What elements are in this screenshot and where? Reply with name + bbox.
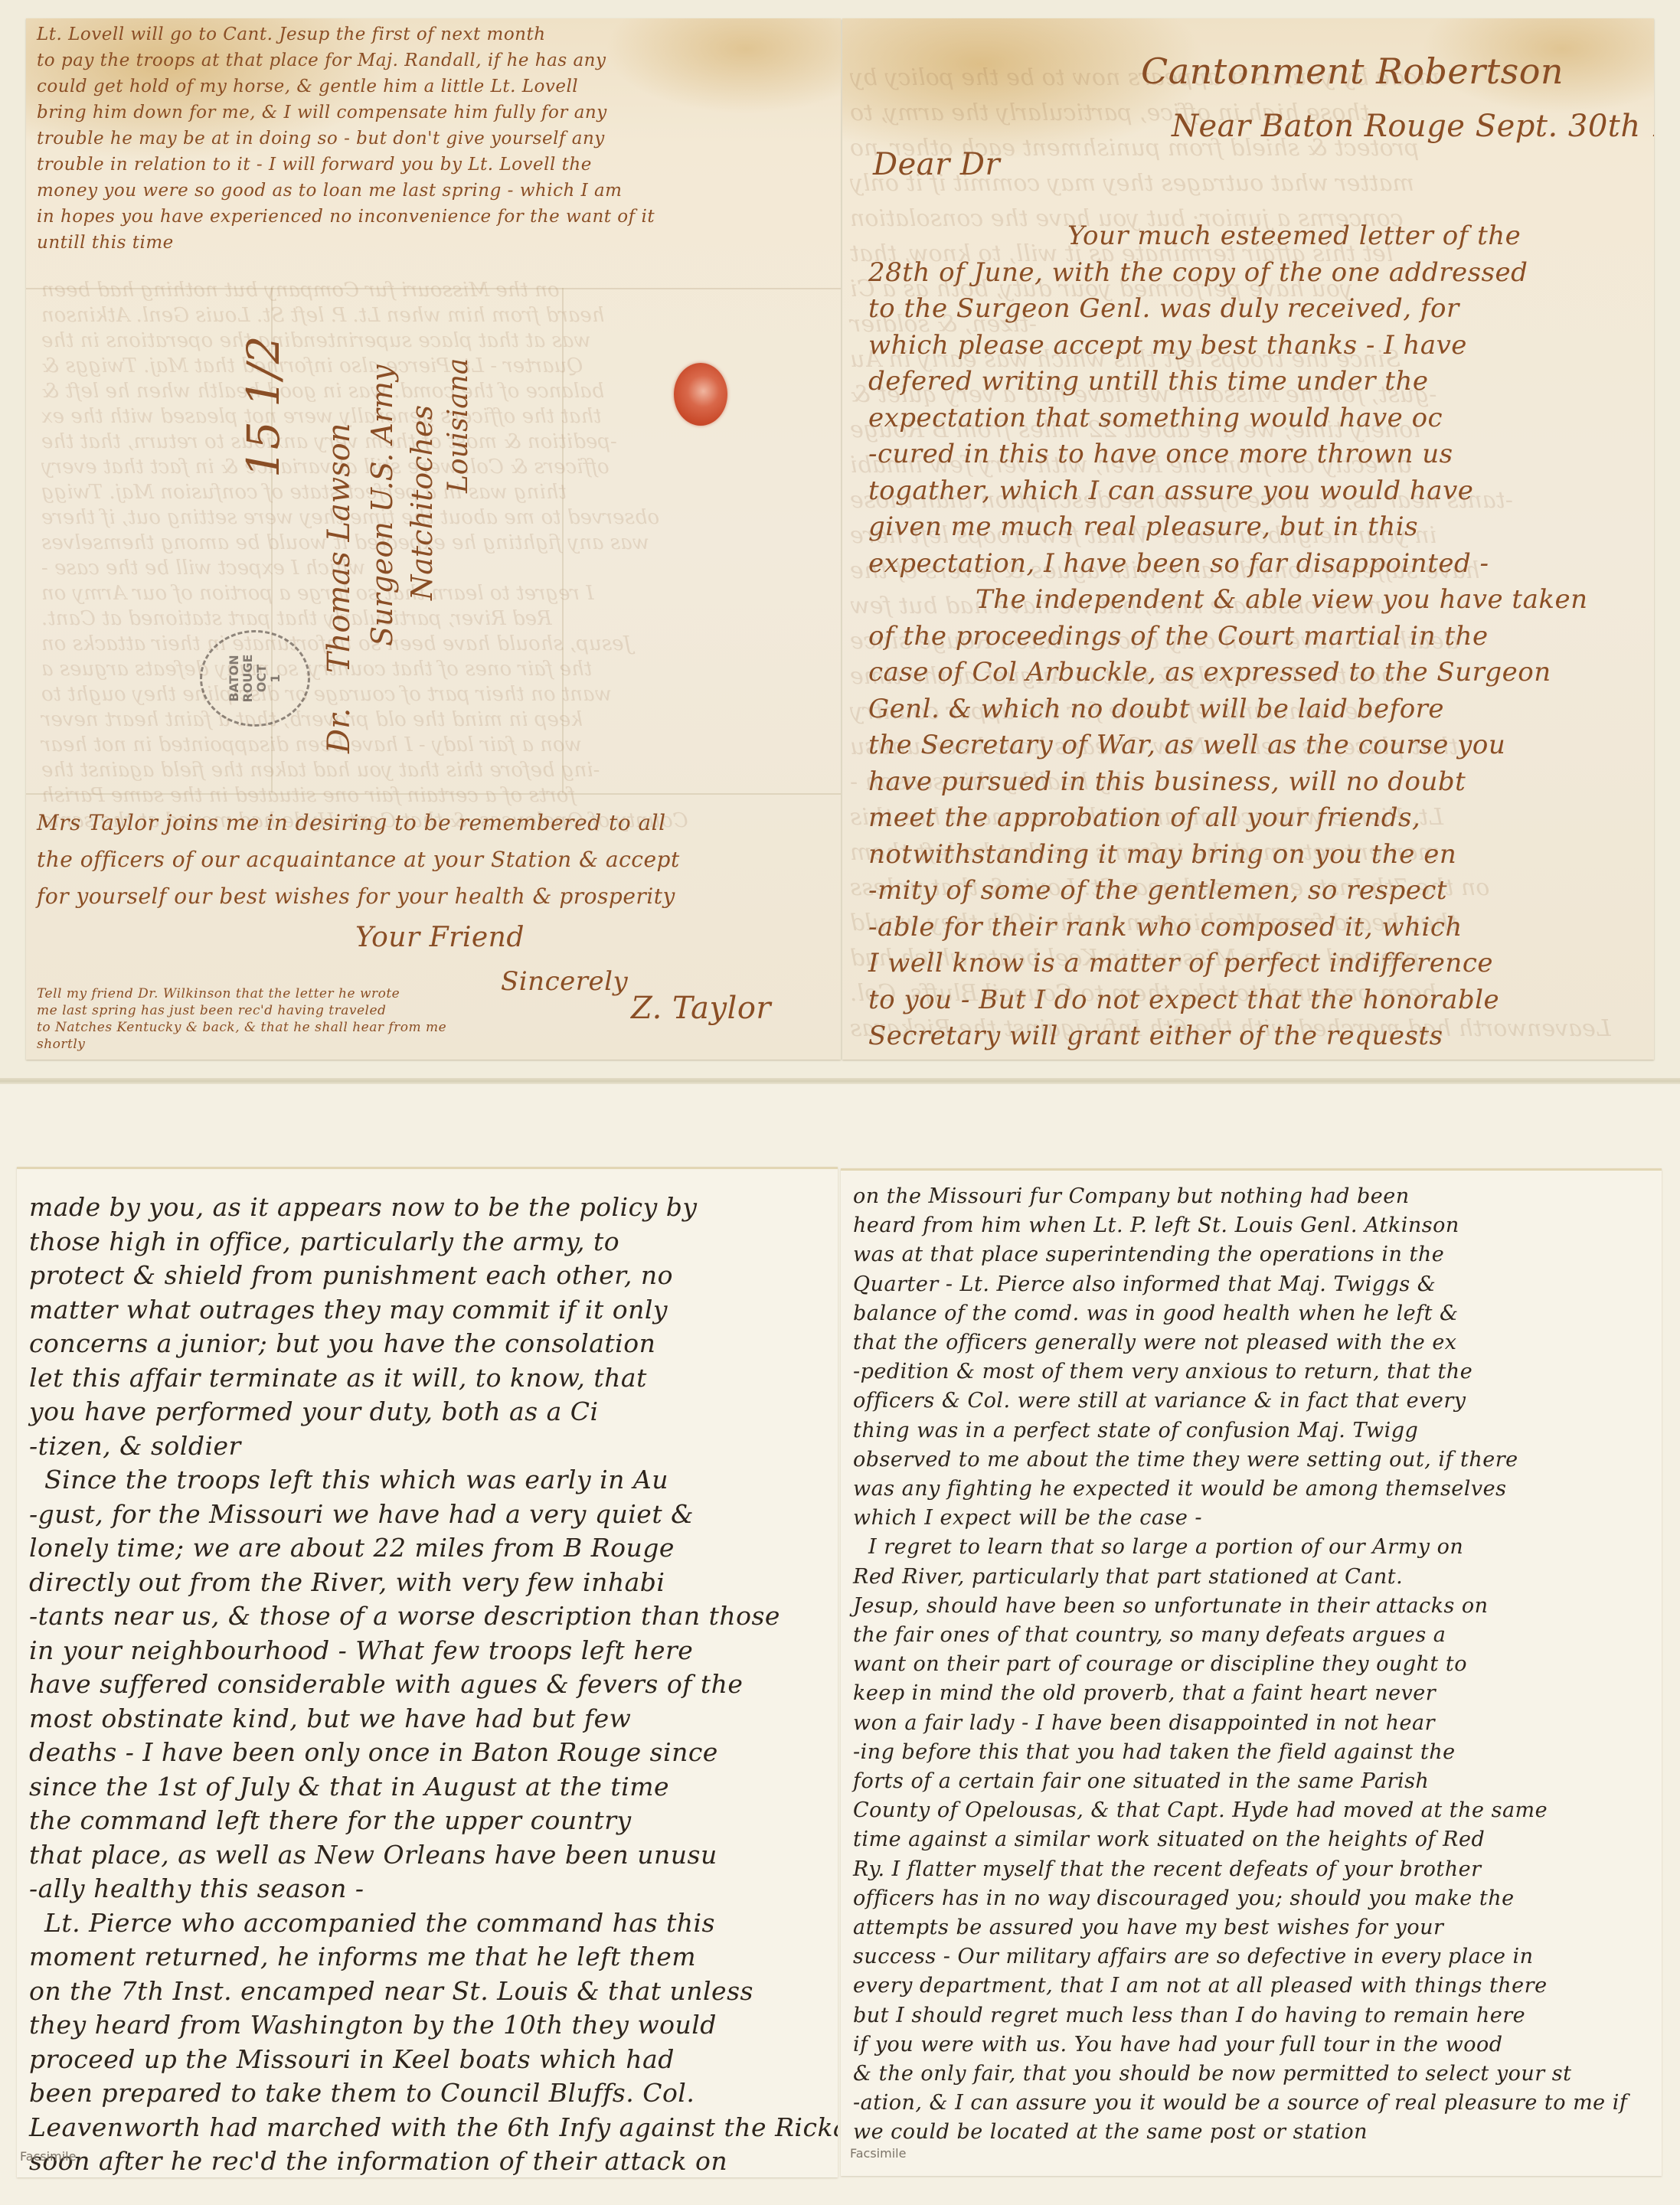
text-line: we could be located at the same post or … — [853, 2120, 1368, 2144]
text-line: expectation, I have been so far disappoi… — [868, 548, 1489, 579]
text-line: officers has in no way discouraged you; … — [853, 1886, 1515, 1910]
facsimile-label: Facsimile — [20, 2149, 76, 2164]
postmark-text: 1 — [269, 655, 283, 703]
facsimile-page-right: on the Missouri fur Company but nothing … — [841, 1168, 1662, 2176]
text-line: -ing before this that you had taken the … — [853, 1740, 1456, 1764]
text-line: -able for their rank who composed it, wh… — [868, 912, 1463, 942]
text-line: most obstinate kind, but we have had but… — [29, 1704, 631, 1733]
upper-mat: on the Missouri fur Company but nothing … — [0, 0, 1680, 1080]
text-line: those high in office, particularly the a… — [29, 1227, 619, 1256]
facsimile-page-left: made by you, as it appears now to be the… — [17, 1167, 838, 2177]
text-line: defered writing untill this time under t… — [868, 366, 1428, 397]
text-line: trouble in relation to it - I will forwa… — [37, 155, 592, 175]
text-line: that the officers generally were not ple… — [853, 1331, 1457, 1354]
text-line: on the Missouri fur Company but nothing … — [853, 1184, 1410, 1208]
text-line: have suffered considerable with agues & … — [29, 1669, 743, 1699]
original-page-right: made by you, as it appears now to be the… — [842, 18, 1654, 1060]
text-line: deaths - I have been only once in Baton … — [29, 1737, 718, 1767]
text-line: the command left there for the upper cou… — [29, 1805, 632, 1835]
text-line: protect & shield from punishment each ot… — [29, 1260, 673, 1290]
bleed-through-line: keep in mind the old proverb, that a fai… — [41, 708, 583, 731]
address-line: Surgeon U.S. Army — [361, 358, 403, 753]
bleed-through-line: Quarter - Lt. Pierce also informed that … — [41, 354, 583, 377]
postmark-text: BATON — [227, 655, 241, 703]
text-line: won a fair lady - I have been disappoint… — [853, 1711, 1435, 1735]
text-line: togather, which I can assure you would h… — [868, 475, 1473, 506]
text-line: meet the approbation of all your friends… — [868, 802, 1420, 833]
bleed-through-line: on the Missouri fur Company but nothing … — [41, 279, 560, 302]
text-line: -pedition & most of them very anxious to… — [853, 1360, 1472, 1383]
text-line: money you were so good as to loan me las… — [37, 181, 623, 201]
bleed-through-line: heard from him when Lt. P. left St. Loui… — [41, 304, 604, 327]
text-line: Quarter - Lt. Pierce also informed that … — [853, 1272, 1436, 1296]
text-line: -tants near us, & those of a worse descr… — [29, 1601, 780, 1631]
sincerely: Sincerely — [501, 966, 628, 997]
text-line: shortly — [37, 1037, 85, 1052]
text-line: matter what outrages they may commit if … — [29, 1295, 668, 1325]
facsimile-label: Facsimile — [850, 2146, 906, 2161]
text-line: every department, that I am not at all p… — [853, 1974, 1548, 1998]
text-line: to you - But I do not expect that the ho… — [868, 985, 1499, 1015]
text-line: in your neighbourhood - What few troops … — [29, 1635, 693, 1665]
text-line: concerns a junior; but you have the cons… — [29, 1328, 655, 1358]
text-line: was any fighting he expected it would be… — [853, 1477, 1507, 1501]
postage-rate: 15 1/2 — [237, 335, 289, 478]
text-line: but I should regret much less than I do … — [853, 2004, 1525, 2027]
text-line: forts of a certain fair one situated in … — [853, 1769, 1429, 1793]
text-line: expectation that something would have oc — [868, 403, 1443, 433]
text-line: I well know is a matter of perfect indif… — [868, 948, 1493, 978]
text-line: -gust, for the Missouri we have had a ve… — [29, 1499, 694, 1529]
postmark-stamp: BATON ROUGE OCT 1 — [200, 630, 310, 727]
signature: Z. Taylor — [631, 991, 771, 1026]
text-line: Ry. I flatter myself that the recent def… — [853, 1857, 1482, 1881]
text-line: balance of the comd. was in good health … — [853, 1302, 1459, 1325]
text-line: the Secretary of War, as well as the cou… — [868, 730, 1505, 760]
text-line: that place, as well as New Orleans have … — [29, 1840, 717, 1870]
text-line: Lt. Pierce who accompanied the command h… — [44, 1908, 715, 1938]
text-line: to the Surgeon Genl. was duly received, … — [868, 293, 1459, 324]
text-line: could get hold of my horse, & gentle him… — [37, 77, 578, 96]
text-line: have pursued in this business, will no d… — [868, 766, 1466, 797]
text-line: Mrs Taylor joins me in desiring to be re… — [37, 810, 666, 835]
text-line: Tell my friend Dr. Wilkinson that the le… — [37, 986, 400, 1001]
text-line: made by you, as it appears now to be the… — [29, 1192, 697, 1222]
valediction: Your Friend — [355, 922, 525, 953]
address-line: Louisiana — [441, 358, 476, 753]
text-line: Leavenworth had marched with the 6th Inf… — [29, 2112, 838, 2142]
bleed-through-line: won a fair lady - I have been disappoint… — [41, 733, 582, 756]
postmark-text: OCT — [255, 655, 269, 703]
text-line: The independent & able view you have tak… — [976, 584, 1587, 615]
heading-date: Near Baton Rouge Sept. 30th 1823 — [1172, 109, 1654, 144]
text-line: if you were with us. You have had your f… — [853, 2033, 1503, 2056]
text-line: observed to me about the time they were … — [853, 1448, 1518, 1472]
address-block: Dr. Thomas Lawson Surgeon U.S. Army Natc… — [317, 358, 476, 753]
address-line: Natchitoches — [403, 358, 441, 753]
text-line: attempts be assured you have my best wis… — [853, 1916, 1443, 1939]
text-line: trouble he may be at in doing so - but d… — [37, 129, 605, 149]
text-line: to Natches Kentucky & back, & that he sh… — [37, 1020, 446, 1035]
text-line: Since the troops left this which was ear… — [44, 1465, 668, 1494]
text-line: bring him down for me, & I will compensa… — [37, 103, 607, 122]
text-line: -cured in this to have once more thrown … — [868, 439, 1453, 469]
text-line: in hopes you have experienced no inconve… — [37, 207, 655, 227]
text-line: on the 7th Inst. encamped near St. Louis… — [29, 1976, 753, 2006]
text-line: -mity of some of the gentlemen, so respe… — [868, 875, 1447, 906]
text-line: was at that place superintending the ope… — [853, 1243, 1444, 1266]
text-line: lonely time; we are about 22 miles from … — [29, 1533, 675, 1563]
text-line: Lt. Lovell will go to Cant. Jesup the fi… — [37, 24, 546, 44]
original-page-left: on the Missouri fur Company but nothing … — [26, 18, 841, 1060]
text-line: which please accept my best thanks - I h… — [868, 330, 1467, 361]
text-line: & the only fair, that you should be now … — [853, 2062, 1571, 2086]
text-line: since the 1st of July & that in August a… — [29, 1772, 669, 1802]
text-line: moment returned, he informs me that he l… — [29, 1942, 696, 1971]
lower-mat: made by you, as it appears now to be the… — [0, 1084, 1680, 2205]
bleed-through-line: thing was in a perfect state of confusio… — [41, 481, 567, 504]
text-line: me last spring has just been rec'd havin… — [37, 1003, 386, 1018]
salutation: Dear Dr — [873, 147, 1000, 182]
text-line: Secretary will grant either of the reque… — [868, 1021, 1443, 1051]
text-line: proceed up the Missouri in Keel boats wh… — [29, 2044, 675, 2074]
text-line: keep in mind the old proverb, that a fai… — [853, 1681, 1436, 1705]
text-line: Your much esteemed letter of the — [1067, 220, 1521, 251]
heading-place: Cantonment Robertson — [1141, 51, 1564, 92]
text-line: to pay the troops at that place for Maj.… — [37, 51, 606, 70]
text-line: time against a similar work situated on … — [853, 1828, 1485, 1851]
text-line: directly out from the River, with very f… — [29, 1567, 665, 1597]
text-line: Red River, particularly that part statio… — [853, 1565, 1403, 1589]
bleed-through-line: forts of a certain fair one situated in … — [41, 784, 576, 807]
text-line: -ally healthy this season - — [29, 1873, 364, 1903]
text-line: been prepared to take them to Council Bl… — [29, 2078, 695, 2108]
text-line: given me much real pleasure, but in this — [868, 511, 1418, 542]
text-line: the officers of our acquaintance at your… — [37, 847, 680, 872]
text-line: let this affair terminate as it will, to… — [29, 1363, 647, 1393]
text-line: which I expect will be the case - — [853, 1506, 1202, 1530]
text-line: I regret to learn that so large a portio… — [868, 1535, 1463, 1559]
text-line: case of Col Arbuckle, as expressed to th… — [868, 657, 1551, 688]
text-line: -tizen, & soldier — [29, 1431, 241, 1461]
address-line: Dr. — [322, 707, 357, 753]
text-line: Jesup, should have been so unfortunate i… — [853, 1594, 1489, 1618]
text-line: soon after he rec'd the information of t… — [29, 2146, 727, 2176]
text-line: officers & Col. were still at variance &… — [853, 1389, 1466, 1413]
text-line: the fair ones of that country, so many d… — [853, 1623, 1446, 1647]
text-line: success - Our military affairs are so de… — [853, 1945, 1534, 1968]
text-line: 28th of June, with the copy of the one a… — [868, 257, 1528, 288]
text-line: -ation, & I can assure you it would be a… — [853, 2091, 1627, 2115]
address-line: Thomas Lawson — [322, 423, 357, 673]
text-line: thing was in a perfect state of confusio… — [853, 1419, 1418, 1442]
text-line: of the proceedings of the Court martial … — [868, 621, 1489, 652]
postmark-text: ROUGE — [241, 655, 255, 703]
text-line: notwithstanding it may bring on you the … — [868, 839, 1456, 870]
mat-divider — [0, 1078, 1680, 1084]
text-line: County of Opelousas, & that Capt. Hyde h… — [853, 1798, 1548, 1822]
text-line: you have performed your duty, both as a … — [29, 1396, 599, 1426]
text-line: Genl. & which no doubt will be laid befo… — [868, 694, 1444, 724]
text-line: heard from him when Lt. P. left St. Loui… — [853, 1214, 1459, 1237]
text-line: they heard from Washington by the 10th t… — [29, 2010, 717, 2040]
text-line: want on their part of courage or discipl… — [853, 1652, 1467, 1676]
wax-seal — [674, 363, 727, 426]
text-line: for yourself our best wishes for your he… — [37, 884, 675, 909]
text-line: untill this time — [37, 233, 174, 253]
bleed-through-line: was at that place superintending the ope… — [41, 329, 591, 352]
bleed-through-line: -ing before this that you had taken the … — [41, 759, 600, 782]
